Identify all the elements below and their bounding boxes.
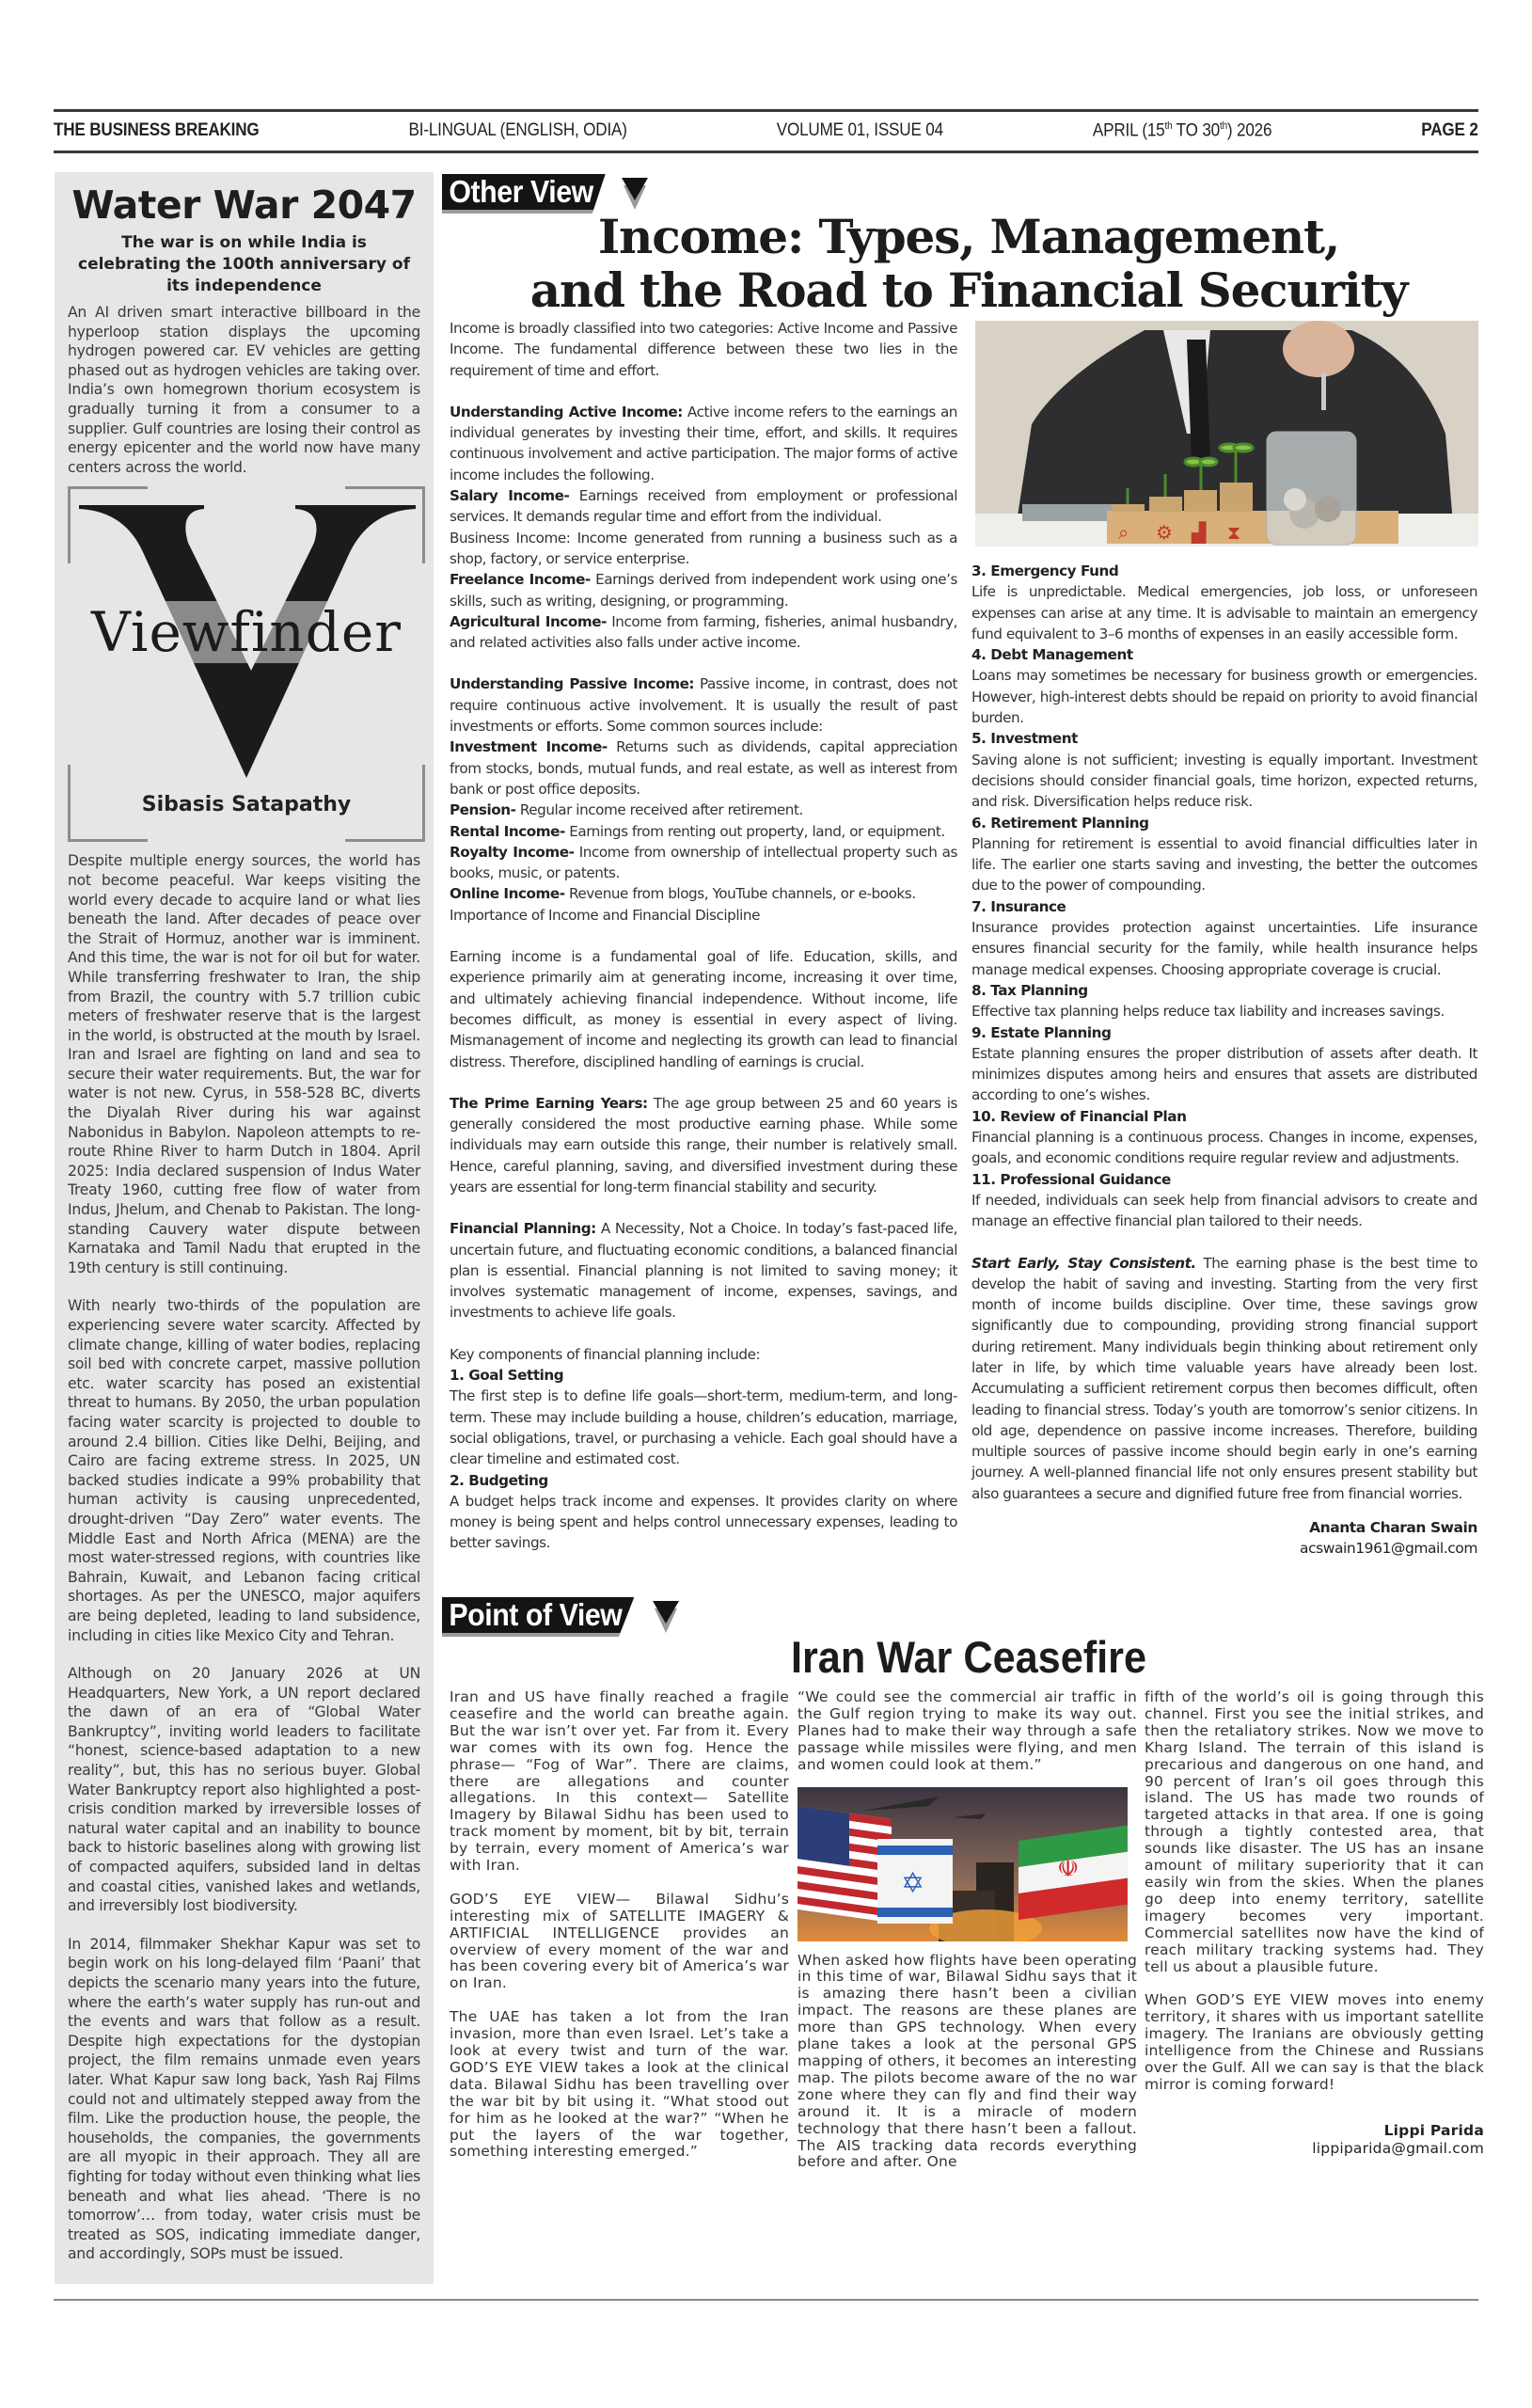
article-paragraph: The UAE has taken a lot from the Iran in… [450, 2009, 789, 2161]
income-item: Investment Income- Returns such as divid… [450, 737, 957, 800]
column-body: Despite multiple energy sources, the wor… [68, 851, 420, 2264]
article-paragraph: Iran and US have finally reached a fragi… [450, 1689, 789, 1875]
component-text: Loans may sometimes be necessary for bus… [971, 665, 1477, 728]
component-title: 5. Investment [971, 728, 1477, 749]
passive-income-section: Understanding Passive Income: Passive in… [450, 673, 957, 737]
column-subtitle: The war is on while India is celebrating… [68, 232, 420, 297]
article-headline: Iran War Ceasefire [484, 1632, 1453, 1683]
finance-photo: ⌕⚙▟⧗ [975, 321, 1478, 547]
column-paragraph: Although on 20 January 2026 at UN Headqu… [68, 1664, 420, 1916]
volume-issue: VOLUME 01, ISSUE 04 [777, 120, 943, 141]
section-tag-label: Other View [442, 174, 606, 214]
page-number: PAGE 2 [1421, 120, 1477, 141]
article-column-3: fifth of the world’s oil is going throug… [1145, 1689, 1484, 2158]
component-title: 8. Tax Planning [971, 980, 1477, 1001]
prime-years-section: The Prime Earning Years: The age group b… [450, 1093, 957, 1197]
svg-text:▟: ▟ [1192, 521, 1207, 544]
article-column-2: “We could see the commercial air traffic… [798, 1689, 1137, 2188]
column-paragraph: In 2014, filmmaker Shekhar Kapur was set… [68, 1935, 420, 2264]
earning-paragraph: Earning income is a fundamental goal of … [450, 946, 957, 1072]
down-arrow-icon [649, 1599, 683, 1633]
author-byline: Ananta Charan Swain acswain1961@gmail.co… [971, 1517, 1477, 1559]
column-author: Sibasis Satapathy [68, 793, 425, 816]
svg-text:⌕: ⌕ [1118, 521, 1129, 544]
component-title: 9. Estate Planning [971, 1022, 1477, 1043]
component-text: Financial planning is a continuous proce… [971, 1127, 1477, 1169]
author-name: Lippi Parida [1384, 2122, 1484, 2139]
language-label: BI-LINGUAL (ENGLISH, ODIA) [409, 120, 627, 141]
footer-rule [54, 2299, 1478, 2301]
active-income-section: Understanding Active Income: Active inco… [450, 402, 957, 485]
article-headline: Income: Types, Management, and the Road … [442, 210, 1495, 317]
viewfinder-logo: Viewfinder Sibasis Satapathy [68, 486, 425, 842]
income-item: Online Income- Revenue from blogs, YouTu… [450, 883, 957, 904]
component-text: The first step is to define life goals—s… [450, 1386, 957, 1469]
water-war-column: Water War 2047 The war is on while India… [55, 172, 434, 2284]
component-title: 4. Debt Management [971, 644, 1477, 665]
component-title: 11. Professional Guidance [971, 1169, 1477, 1190]
component-title: 10. Review of Financial Plan [971, 1106, 1477, 1127]
author-byline: Lippi Parida lippiparida@gmail.com [1145, 2122, 1484, 2158]
component-text: Effective tax planning helps reduce tax … [971, 1001, 1477, 1022]
author-email[interactable]: acswain1961@gmail.com [1300, 1540, 1477, 1557]
component-text: Planning for retirement is essential to … [971, 833, 1477, 896]
income-item: Freelance Income- Earnings derived from … [450, 569, 957, 611]
income-item: Rental Income- Earnings from renting out… [450, 821, 957, 842]
viewfinder-wordmark: Viewfinder [87, 601, 406, 663]
column-paragraph: With nearly two-thirds of the population… [68, 1296, 420, 1645]
financial-planning-section: Financial Planning: A Necessity, Not a C… [450, 1218, 957, 1323]
subheading-text: Importance of Income and Financial Disci… [450, 905, 957, 926]
income-item: Royalty Income- Income from ownership of… [450, 842, 957, 884]
closing-paragraph: Start Early, Stay Consistent. The earnin… [971, 1253, 1477, 1505]
income-item: Business Income: Income generated from r… [450, 528, 957, 570]
article-paragraph: When GOD’S EYE VIEW moves into enemy ter… [1145, 1992, 1484, 2093]
issue-date: APRIL (15th TO 30th) 2026 [1093, 120, 1271, 141]
component-text: Estate planning ensures the proper distr… [971, 1043, 1477, 1106]
column-intro: An AI driven smart interactive billboard… [68, 303, 420, 477]
component-title: 7. Insurance [971, 896, 1477, 917]
article-column-1: Iran and US have finally reached a fragi… [450, 1689, 789, 2178]
masthead: THE BUSINESS BREAKING BI-LINGUAL (ENGLIS… [54, 117, 1478, 145]
component-text: If needed, individuals can seek help fro… [971, 1190, 1477, 1232]
v-monogram-icon [68, 486, 425, 842]
section-tag-point-of-view: Point of View [442, 1597, 683, 1637]
svg-text:✡: ✡ [901, 1867, 924, 1900]
article-paragraph: GOD’S EYE VIEW— Bilawal Sidhu’s interest… [450, 1892, 789, 1992]
svg-text:⚙: ⚙ [1156, 521, 1173, 544]
component-text: A budget helps track income and expenses… [450, 1491, 957, 1554]
pull-quote: “We could see the commercial air traffic… [798, 1689, 1137, 1774]
section-tag-label: Point of View [442, 1597, 634, 1637]
component-text: Insurance provides protection against un… [971, 917, 1477, 980]
income-item: Agricultural Income- Income from farming… [450, 611, 957, 654]
svg-text:⧗: ⧗ [1227, 521, 1240, 544]
war-flags-photo: ✡ ☫ [798, 1787, 1128, 1941]
income-item: Salary Income- Earnings received from em… [450, 485, 957, 528]
component-text: Life is unpredictable. Medical emergenci… [971, 581, 1477, 644]
svg-text:☫: ☫ [1057, 1855, 1080, 1883]
column-paragraph: Despite multiple energy sources, the wor… [68, 851, 420, 1277]
section-tag-other-view: Other View [442, 174, 652, 214]
down-arrow-icon [618, 176, 652, 210]
article-column-2: 3. Emergency Fund Life is unpredictable.… [971, 561, 1477, 1559]
flags-illustration: ✡ ☫ [798, 1787, 1128, 1941]
author-email[interactable]: lippiparida@gmail.com [1312, 2140, 1484, 2157]
components-intro: Key components of financial planning inc… [450, 1344, 957, 1365]
column-title: Water War 2047 [68, 183, 420, 227]
article-column-1: Income is broadly classified into two ca… [450, 318, 957, 1554]
author-name: Ananta Charan Swain [1309, 1519, 1477, 1536]
component-title: 1. Goal Setting [450, 1365, 957, 1386]
income-item: Pension- Regular income received after r… [450, 800, 957, 820]
component-title: 6. Retirement Planning [971, 813, 1477, 833]
article-paragraph: fifth of the world’s oil is going throug… [1145, 1689, 1484, 1975]
component-title: 3. Emergency Fund [971, 561, 1477, 581]
masthead-bottom-rule [54, 150, 1478, 153]
savings-jar-illustration: ⌕⚙▟⧗ [975, 321, 1478, 547]
publication-name: THE BUSINESS BREAKING [54, 120, 260, 141]
article-intro: Income is broadly classified into two ca… [450, 318, 957, 381]
component-title: 2. Budgeting [450, 1470, 957, 1491]
masthead-top-rule [54, 109, 1478, 112]
article-paragraph: When asked how flights have been operati… [798, 1953, 1137, 2172]
component-text: Saving alone is not sufficient; investin… [971, 750, 1477, 813]
